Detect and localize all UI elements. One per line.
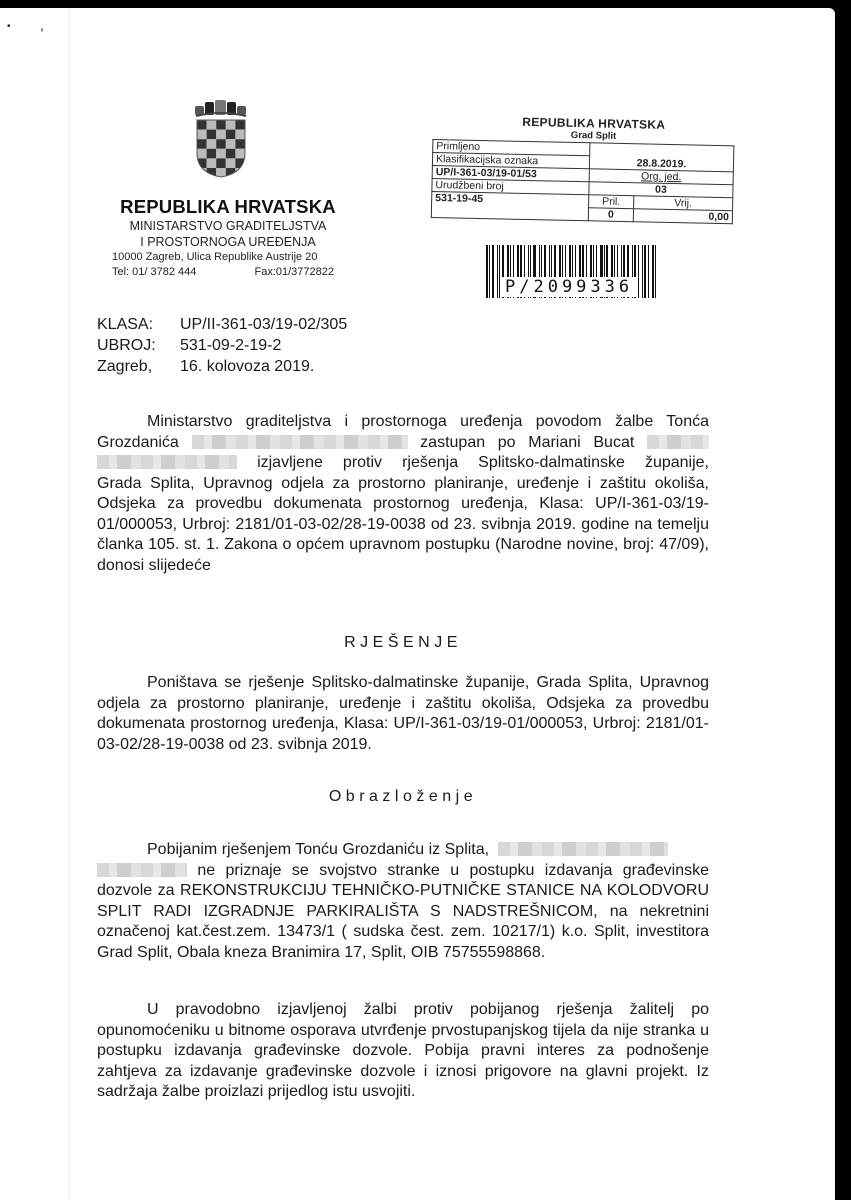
barcode-bar xyxy=(655,245,656,298)
intro-rest: Grada Splita, Upravnog odjela za prostor… xyxy=(97,475,709,574)
barcode-bar xyxy=(638,245,639,298)
redacted-block xyxy=(192,435,408,449)
decision-text: Poništava se rješenje Splitsko-dalmatins… xyxy=(97,673,709,755)
decision-paragraph: Poništava se rješenje Splitsko-dalmatins… xyxy=(97,673,709,755)
intro-line-1: Ministarstvo graditeljstva i prostornoga… xyxy=(97,412,709,433)
received-stamp: REPUBLIKA HRVATSKA Grad Split Primljeno … xyxy=(431,113,735,224)
reasoning-paragraph-2: U pravodobno izjavljenoj žalbi protiv po… xyxy=(97,1000,709,1103)
intro-line-2: Grozdanića zastupan po Mariani Bucat xyxy=(97,433,709,454)
reasoning-line-2: ne priznaje se svojstvo stranke u postup… xyxy=(97,861,709,882)
letterhead: REPUBLIKA HRVATSKA MINISTARSTVO GRADITEL… xyxy=(108,196,348,280)
barcode-bar xyxy=(497,245,498,298)
letterhead-contact: Tel: 01/ 3782 444 Fax:01/3772822 xyxy=(108,265,348,280)
ubroj-value: 531-09-2-19-2 xyxy=(180,335,281,356)
decision-heading: RJEŠENJE xyxy=(97,634,709,652)
redacted-block xyxy=(97,863,187,877)
intro-name: Grozdanića xyxy=(97,434,179,451)
stamp-table: Primljeno 28.8.2019. Klasifikacijska ozn… xyxy=(431,139,735,224)
reasoning-p2-text: U pravodobno izjavljenoj žalbi protiv po… xyxy=(97,1000,709,1103)
barcode-bar xyxy=(499,245,500,298)
ubroj-label: UBROJ: xyxy=(97,335,180,356)
reference-block: KLASA: UP/II-361-03/19-02/305 UBROJ: 531… xyxy=(97,314,347,377)
klasa-label: KLASA: xyxy=(97,314,180,335)
document-page: • , REPUBLIKA HRVATSKA MINISTARSTVO GRAD… xyxy=(0,8,835,1200)
place-date-row: Zagreb, 16. kolovoza 2019. xyxy=(97,356,347,377)
letterhead-fax: Fax:01/3772822 xyxy=(254,265,334,280)
klasa-row: KLASA: UP/II-361-03/19-02/305 xyxy=(97,314,347,335)
barcode: P/2099336 xyxy=(486,245,658,298)
barcode-text: P/2099336 xyxy=(502,277,636,297)
reasoning-p1-rest: dozvole za REKONSTRUKCIJU TEHNIČKO-PUTNI… xyxy=(97,882,709,961)
stamp-value-value: 0,00 xyxy=(633,209,732,224)
barcode-bar xyxy=(642,245,643,298)
scan-speck: • xyxy=(7,22,11,32)
redacted-block xyxy=(498,842,668,856)
intro-representative: zastupan po Mariani Bucat xyxy=(420,434,634,451)
barcode-bar xyxy=(492,245,495,298)
intro-paragraph: Ministarstvo graditeljstva i prostornoga… xyxy=(97,412,709,576)
scan-fold-line xyxy=(68,8,69,1200)
stamp-reg-no-value: 531-19-45 xyxy=(431,191,589,220)
barcode-bar xyxy=(486,245,488,298)
letterhead-tel: Tel: 01/ 3782 444 xyxy=(112,265,196,280)
intro-line-3-text: izjavljene protiv rješenja Splitsko-dalm… xyxy=(257,454,709,471)
letterhead-address: 10000 Zagreb, Ulica Republike Austrije 2… xyxy=(108,250,348,265)
croatian-coat-of-arms-icon xyxy=(193,98,249,178)
reasoning-paragraph-1: Pobijanim rješenjem Tonću Grozdaniću iz … xyxy=(97,840,709,963)
stamp-attach-label: Pril. xyxy=(589,195,634,209)
stamp-received-date: 28.8.2019. xyxy=(589,143,734,172)
letterhead-ministry-line2: I PROSTORNOGA UREĐENJA xyxy=(108,234,348,250)
letterhead-ministry-line1: MINISTARSTVO GRADITELJSTVA xyxy=(108,218,348,234)
ubroj-row: UBROJ: 531-09-2-19-2 xyxy=(97,335,347,356)
barcode-bar xyxy=(644,245,647,298)
stamp-attach-value: 0 xyxy=(588,208,633,222)
klasa-value: UP/II-361-03/19-02/305 xyxy=(180,314,347,335)
barcode-bar xyxy=(489,245,490,298)
intro-line-3: izjavljene protiv rješenja Splitsko-dalm… xyxy=(97,453,709,474)
redacted-block xyxy=(97,455,237,469)
barcode-bar xyxy=(648,245,649,298)
reasoning-line-1: Pobijanim rješenjem Tonću Grozdaniću iz … xyxy=(97,840,709,861)
place: Zagreb, xyxy=(97,356,180,377)
reasoning-line-2-text: ne priznaje se svojstvo stranke u postup… xyxy=(197,862,709,879)
barcode-bar xyxy=(652,245,654,298)
date: 16. kolovoza 2019. xyxy=(180,356,314,377)
reasoning-heading: Obrazloženje xyxy=(97,788,709,806)
reasoning-line-1-text: Pobijanim rješenjem Tonću Grozdaniću iz … xyxy=(147,841,489,858)
scan-speck: , xyxy=(40,18,44,32)
letterhead-country: REPUBLIKA HRVATSKA xyxy=(108,196,348,218)
redacted-block xyxy=(647,435,709,449)
